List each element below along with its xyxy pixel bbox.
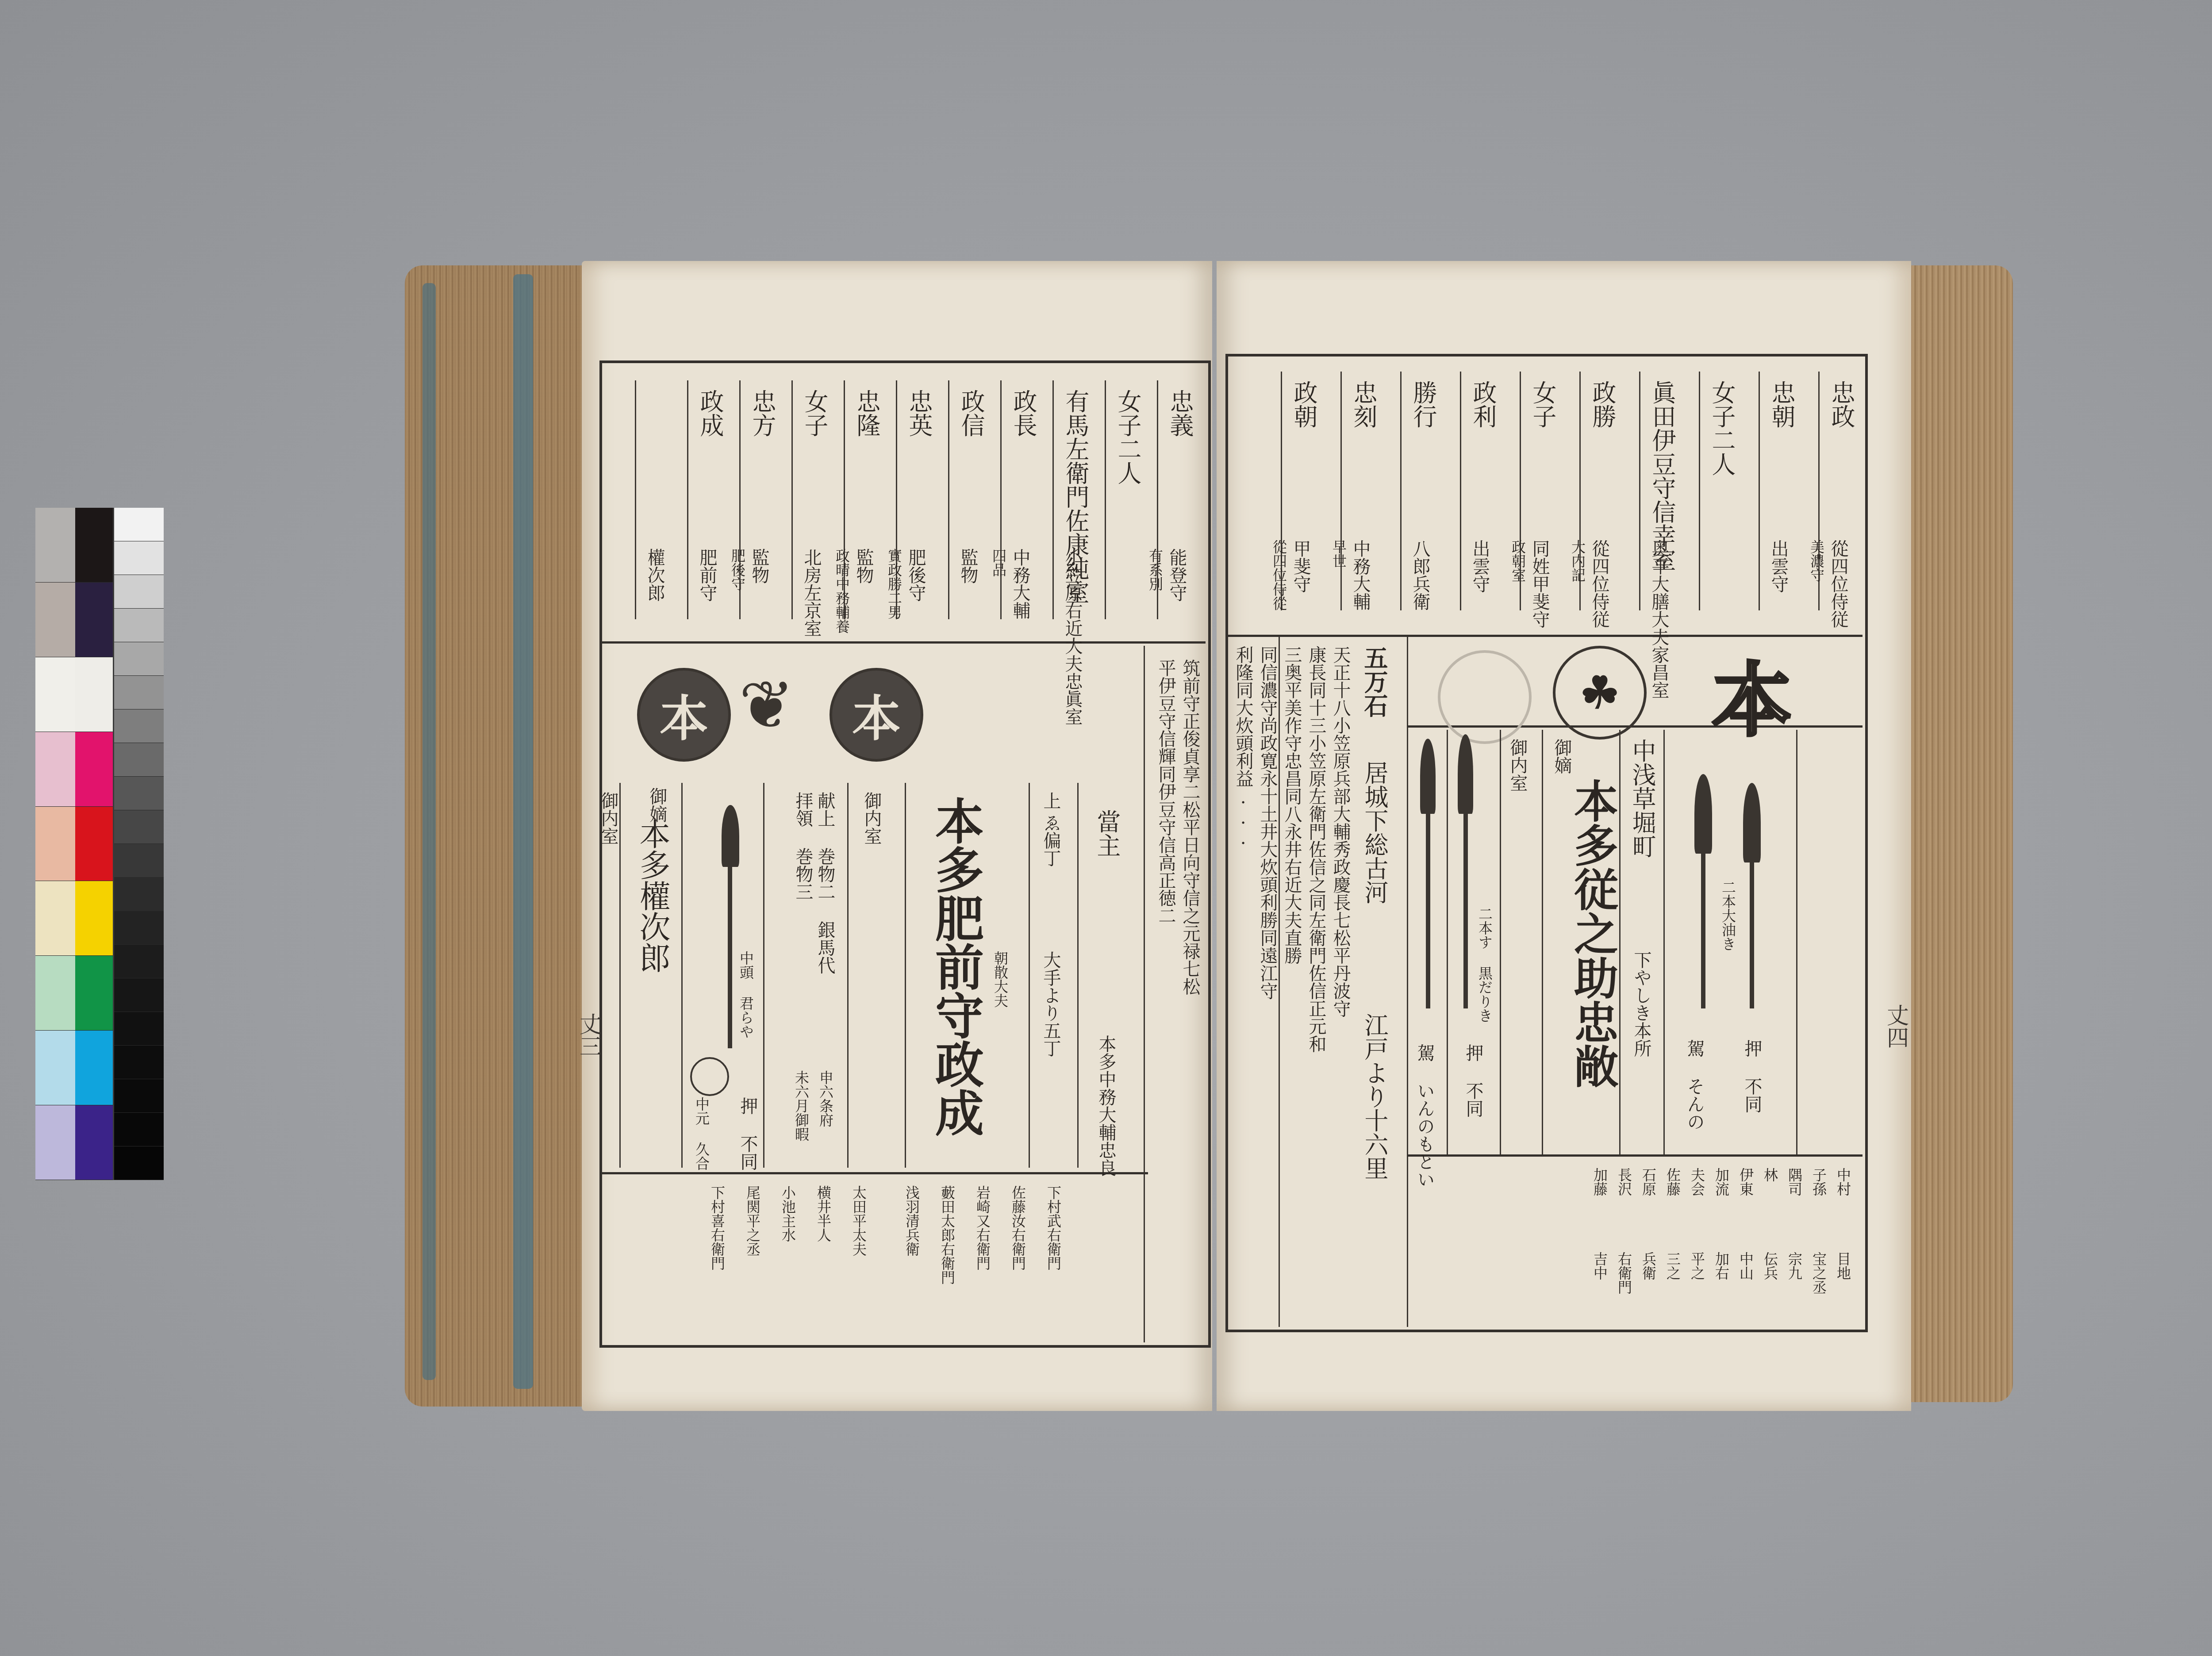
retainer-name: 下村喜右衛門 bbox=[710, 1185, 724, 1270]
pastel-swatch bbox=[35, 583, 75, 657]
retainer-name: 岩崎又右衛門 bbox=[975, 1185, 990, 1270]
current-head-label: 當主 bbox=[1095, 809, 1119, 857]
retainer-name: 夫会 bbox=[1690, 1168, 1704, 1196]
register-name: 忠朝 bbox=[1770, 380, 1793, 428]
residence-text: 中浅草堀町 bbox=[1630, 739, 1654, 858]
maple-leaf-crest-icon: ❦ bbox=[739, 672, 795, 739]
retainer-name: 伝兵 bbox=[1763, 1252, 1777, 1280]
pastel-swatch bbox=[35, 807, 75, 882]
spear-note: 二本大油き bbox=[1721, 880, 1735, 951]
oshi-note: 押 不同 bbox=[1464, 1044, 1482, 1117]
months-text-2: 未六月御暇 bbox=[794, 1070, 808, 1141]
entry-divider bbox=[847, 783, 849, 1168]
register-title: 監物 bbox=[959, 548, 977, 584]
register-title: 中務大輔 bbox=[1011, 548, 1029, 619]
pastel-swatch bbox=[35, 657, 75, 732]
spear-sheath-icon bbox=[1420, 739, 1436, 814]
officials-divider bbox=[1407, 1154, 1863, 1157]
register-name: 政勝 bbox=[1590, 380, 1614, 428]
gray-swatch bbox=[114, 1079, 164, 1113]
months-text: 申六条府 bbox=[818, 1070, 833, 1127]
retainer-name: 右衛門 bbox=[1617, 1252, 1631, 1294]
register-name: 女子二人 bbox=[1710, 380, 1734, 476]
hon-character-crest: 本 bbox=[1712, 637, 1792, 751]
badge-note: 中元 久合 bbox=[695, 1097, 709, 1170]
saturated-swatch bbox=[75, 1031, 113, 1105]
retainer-name: 隅司 bbox=[1787, 1168, 1801, 1196]
retainer-name: 伊東 bbox=[1739, 1168, 1753, 1196]
retainer-name: 下村武右衛門 bbox=[1046, 1185, 1060, 1270]
history-divider bbox=[1279, 637, 1280, 1327]
register-column-line bbox=[1000, 380, 1002, 619]
open-book: 忠義能登守有系別女子二人有馬左衛門佐康純室小笠原右近大夫忠眞室政長中務大輔四品政… bbox=[405, 261, 2013, 1411]
pastel-swatch bbox=[35, 881, 75, 956]
history-text-2: 平伊豆守信輝同伊豆守信高正徳二 bbox=[1157, 659, 1175, 924]
color-checker-column-1 bbox=[35, 508, 75, 1180]
gray-swatch bbox=[114, 844, 164, 878]
history-line: 三奥平美作守忠昌同八永井右近大夫直勝 bbox=[1283, 646, 1301, 964]
retainer-name: 子孫 bbox=[1812, 1168, 1826, 1196]
register-column-line bbox=[1052, 380, 1054, 619]
register-title: 奥平大膳大夫家昌室 bbox=[1650, 540, 1668, 699]
register-column-line bbox=[1340, 372, 1342, 610]
register-title: 權次郎 bbox=[646, 548, 664, 602]
retainer-name: 加流 bbox=[1714, 1168, 1728, 1196]
register-note: 肥後守 bbox=[730, 548, 745, 591]
gray-swatch bbox=[114, 978, 164, 1012]
gray-swatch bbox=[114, 642, 164, 676]
gray-swatch bbox=[114, 575, 164, 609]
palanquin-note: 駕 そんの bbox=[1686, 1039, 1703, 1131]
aoi-leaf-crest-icon: ☘ bbox=[1553, 646, 1647, 740]
gray-swatch bbox=[114, 541, 164, 575]
saturated-swatch bbox=[75, 956, 113, 1031]
register-name: 女子二人 bbox=[1116, 389, 1140, 485]
history-line: 同信濃守尚政寛永十土井大炊頭利勝同遠江守 bbox=[1259, 646, 1276, 1000]
entry-divider bbox=[1663, 730, 1665, 1154]
register-name: 政朝 bbox=[1292, 380, 1316, 428]
officials-divider bbox=[599, 1172, 1148, 1174]
book-text-block-left bbox=[405, 265, 582, 1407]
register-column-line bbox=[948, 380, 949, 619]
register-name: 政成 bbox=[698, 389, 722, 437]
distance-text: 江戸より十六里 bbox=[1363, 1013, 1386, 1180]
gray-swatch bbox=[114, 1046, 164, 1079]
retainer-name: 吉中 bbox=[1593, 1252, 1607, 1280]
stipend-value: 五万石 bbox=[1363, 646, 1386, 717]
crest-hon-filled: 本 bbox=[829, 668, 923, 762]
retainer-name: 佐藤 bbox=[1666, 1168, 1680, 1196]
retainer-name: 林 bbox=[1763, 1168, 1777, 1182]
register-column-line bbox=[635, 380, 636, 619]
register-note: 早世 bbox=[1332, 540, 1346, 568]
register-name: 女子 bbox=[803, 389, 826, 437]
small-crest-icon bbox=[690, 1057, 729, 1096]
gray-swatch bbox=[114, 1012, 164, 1046]
saturated-swatch bbox=[75, 583, 113, 657]
pastel-swatch bbox=[35, 1031, 75, 1105]
register-title: 肥後守 bbox=[907, 548, 925, 602]
crest-hon-filled: 本 bbox=[637, 668, 731, 762]
register-note: 政晴中務輔養 bbox=[835, 548, 849, 633]
left-page: 忠義能登守有系別女子二人有馬左衛門佐康純室小笠原右近大夫忠眞室政長中務大輔四品政… bbox=[582, 261, 1212, 1411]
register-name: 政信 bbox=[959, 389, 983, 437]
register-title: 甲斐守 bbox=[1292, 540, 1310, 593]
gray-swatch bbox=[114, 777, 164, 810]
register-name: 忠英 bbox=[907, 389, 931, 437]
pastel-swatch bbox=[35, 1105, 75, 1180]
retainer-name: 加藤 bbox=[1593, 1168, 1607, 1196]
register-title: 出雲守 bbox=[1770, 540, 1787, 593]
register-title: 小笠原右近大夫忠眞室 bbox=[1064, 548, 1081, 725]
retainer-name: 平之 bbox=[1690, 1252, 1704, 1280]
register-title: 中務大輔 bbox=[1352, 540, 1369, 610]
register-note: 有系別 bbox=[1148, 548, 1162, 591]
spear-note: 中頭 君らや bbox=[739, 951, 753, 1039]
page-marker: 丈四 bbox=[1880, 1004, 1912, 1048]
register-name: 女子 bbox=[1531, 380, 1555, 428]
register-title: 北房左京室 bbox=[803, 548, 820, 637]
entry-divider bbox=[1542, 730, 1543, 1154]
spear-shaft bbox=[1750, 858, 1754, 1008]
distance-text: 大手より五丁 bbox=[1042, 951, 1060, 1057]
register-name: 忠政 bbox=[1829, 380, 1853, 428]
register-title: 同姓甲斐守 bbox=[1531, 540, 1548, 628]
oshi-note: 押 不同 bbox=[739, 1097, 757, 1170]
retainer-name: 宗九 bbox=[1787, 1252, 1801, 1280]
retainer-name: 目地 bbox=[1836, 1252, 1850, 1280]
lord-name-title: 本多従之助忠敞 bbox=[1571, 778, 1615, 1088]
register-name: 忠義 bbox=[1168, 389, 1192, 437]
residence-text: ゑ偏丁 bbox=[1042, 814, 1060, 867]
gray-swatch bbox=[114, 609, 164, 642]
heir-name: 本多權次郎 bbox=[637, 818, 668, 973]
register-name: 忠刻 bbox=[1352, 380, 1375, 428]
register-column-line bbox=[1460, 372, 1461, 610]
heir-label: 御嫡 bbox=[648, 787, 666, 823]
register-note: 實政勝二男 bbox=[887, 548, 901, 619]
retainer-name: 太田平太夫 bbox=[852, 1185, 866, 1256]
register-title: 出雲守 bbox=[1471, 540, 1489, 593]
entry-divider bbox=[1796, 730, 1797, 1154]
entry-divider bbox=[763, 783, 764, 1168]
gray-swatch bbox=[114, 508, 164, 541]
register-note: 從四位侍從 bbox=[1272, 540, 1286, 610]
register-name: 忠隆 bbox=[855, 389, 879, 437]
spear-head-icon bbox=[1743, 783, 1761, 862]
gray-swatch bbox=[114, 810, 164, 844]
register-column-line bbox=[687, 380, 688, 619]
spear-sheath-icon bbox=[1458, 734, 1473, 814]
faint-wheel-crest-icon bbox=[1438, 650, 1532, 744]
spear-shaft bbox=[1426, 809, 1430, 1008]
register-title: 從四位侍従 bbox=[1829, 540, 1847, 628]
right-page: 忠政從四位侍従美濃守忠朝出雲守女子二人眞田伊豆守信幸室奥平大膳大夫家昌室政勝從四… bbox=[1217, 261, 1911, 1411]
saturated-swatch bbox=[75, 508, 113, 583]
gray-swatch bbox=[114, 709, 164, 743]
retainer-name: 尾関平之丞 bbox=[745, 1185, 760, 1256]
pastel-swatch bbox=[35, 956, 75, 1031]
retainer-name: 長沢 bbox=[1617, 1168, 1631, 1196]
gray-swatch bbox=[114, 743, 164, 777]
residence-label: 上 bbox=[1042, 792, 1060, 809]
entry-divider bbox=[1500, 730, 1501, 1154]
blue-edge-stain bbox=[513, 274, 533, 1389]
register-title: 從四位侍従 bbox=[1590, 540, 1608, 628]
color-calibration-chart bbox=[35, 508, 164, 1180]
register-column-line bbox=[1759, 372, 1760, 610]
register-title: 肥前守 bbox=[698, 548, 716, 602]
retainer-name: 中村 bbox=[1836, 1168, 1850, 1196]
side-column-divider bbox=[1144, 646, 1145, 1342]
register-column-line bbox=[1400, 372, 1402, 610]
history-text-1: 筑前守正俊貞享二松平日向守信之元禄七松 bbox=[1181, 659, 1199, 995]
oshi-note: 押 不同 bbox=[1743, 1039, 1761, 1113]
gray-swatch bbox=[114, 676, 164, 709]
retainer-name: 中山 bbox=[1739, 1252, 1753, 1280]
heir-wife-label: 御内室 bbox=[599, 792, 617, 845]
register-column-line bbox=[791, 380, 793, 619]
register-title: 能登守 bbox=[1168, 548, 1186, 602]
register-title: 監物 bbox=[855, 548, 872, 584]
gray-swatch bbox=[114, 1146, 164, 1180]
entry-divider bbox=[1077, 783, 1079, 1168]
retainer-name: 藪田太郎右衛門 bbox=[940, 1185, 954, 1284]
grayscale-strip bbox=[114, 508, 164, 1180]
blue-edge-stain bbox=[422, 283, 436, 1380]
register-note: 四品 bbox=[991, 548, 1006, 577]
page-marker: 丈三 bbox=[573, 1013, 605, 1057]
register-note: 政朝室 bbox=[1511, 540, 1525, 582]
retainer-name: 三之 bbox=[1666, 1252, 1680, 1280]
retainer-name: 佐藤汝右衛門 bbox=[1011, 1185, 1025, 1270]
palanquin-note: 駕 いんのもとい bbox=[1416, 1044, 1433, 1188]
wife-label: 御内室 bbox=[1509, 739, 1526, 792]
retainer-name: 浅羽清兵衛 bbox=[905, 1185, 919, 1256]
retainer-name: 加右 bbox=[1714, 1252, 1728, 1280]
retainer-name: 横井半人 bbox=[816, 1185, 830, 1242]
entry-divider bbox=[905, 783, 906, 1168]
spear-note: 二本す 黒だりき bbox=[1478, 907, 1492, 1023]
spear-sheath-icon bbox=[722, 805, 739, 867]
gray-swatch bbox=[114, 945, 164, 978]
heir-official-name: 本多中務大輔忠良 bbox=[1097, 1035, 1115, 1177]
spear-shaft bbox=[1701, 849, 1705, 1008]
lord-name-title: 本多肥前守政成 bbox=[931, 796, 980, 1137]
register-column-line bbox=[1105, 380, 1106, 619]
saturated-swatch bbox=[75, 1105, 113, 1180]
entry-divider bbox=[619, 783, 621, 1168]
tribute-text: 拝領 巻物三 bbox=[794, 792, 812, 901]
register-note: 美濃守 bbox=[1809, 540, 1824, 582]
retainer-name: 石原 bbox=[1641, 1168, 1655, 1196]
castle-text: 居城下総古河 bbox=[1363, 761, 1386, 904]
entry-divider bbox=[1447, 730, 1448, 1154]
pastel-swatch bbox=[35, 508, 75, 583]
saturated-swatch bbox=[75, 732, 113, 807]
register-title: 八郎兵衛 bbox=[1411, 540, 1429, 610]
spear-shaft bbox=[728, 862, 732, 1048]
color-checker-column-2 bbox=[75, 508, 113, 1180]
gifts-text: 献上 巻物二 銀馬代 bbox=[816, 792, 834, 974]
saturated-swatch bbox=[75, 807, 113, 882]
gray-swatch bbox=[114, 1113, 164, 1146]
gray-swatch bbox=[114, 911, 164, 945]
register-name: 政利 bbox=[1471, 380, 1495, 428]
register-note: 大内記 bbox=[1571, 540, 1585, 582]
stipend-divider bbox=[1407, 637, 1408, 1327]
register-name: 忠方 bbox=[750, 389, 774, 437]
wife-label: 御内室 bbox=[863, 792, 880, 845]
register-name: 政長 bbox=[1011, 389, 1035, 437]
register-name: 勝行 bbox=[1411, 380, 1435, 428]
entry-divider bbox=[681, 783, 683, 1168]
register-divider bbox=[599, 641, 1206, 644]
register-column-line bbox=[1639, 372, 1640, 610]
saturated-swatch bbox=[75, 881, 113, 956]
heir-label: 御嫡 bbox=[1553, 739, 1571, 774]
history-line: 天正十八小笠原兵部大輔秀政慶長七松平丹波守 bbox=[1332, 646, 1349, 1017]
book-text-block-right bbox=[1911, 265, 2013, 1402]
spear-shaft bbox=[1463, 809, 1468, 1008]
court-rank: 朝散大夫 bbox=[993, 951, 1007, 1008]
spear-head-icon bbox=[1694, 774, 1712, 854]
saturated-swatch bbox=[75, 657, 113, 732]
register-column-line bbox=[1699, 372, 1700, 610]
retainer-name: 小池主水 bbox=[781, 1185, 795, 1242]
history-line: 利隆同大炊頭利益... bbox=[1234, 646, 1252, 848]
history-line: 康長同十三小笠原左衛門佐信之同左衛門佐信正元和 bbox=[1307, 646, 1325, 1053]
retainer-name: 宝之丞 bbox=[1812, 1252, 1826, 1294]
entry-divider bbox=[1619, 730, 1621, 1154]
retainer-name: 兵衛 bbox=[1641, 1252, 1655, 1280]
entry-divider bbox=[1029, 783, 1030, 1168]
pastel-swatch bbox=[35, 732, 75, 807]
register-title: 監物 bbox=[750, 548, 768, 584]
gray-swatch bbox=[114, 878, 164, 911]
residence-text-2: 下やしき本所 bbox=[1632, 951, 1650, 1057]
